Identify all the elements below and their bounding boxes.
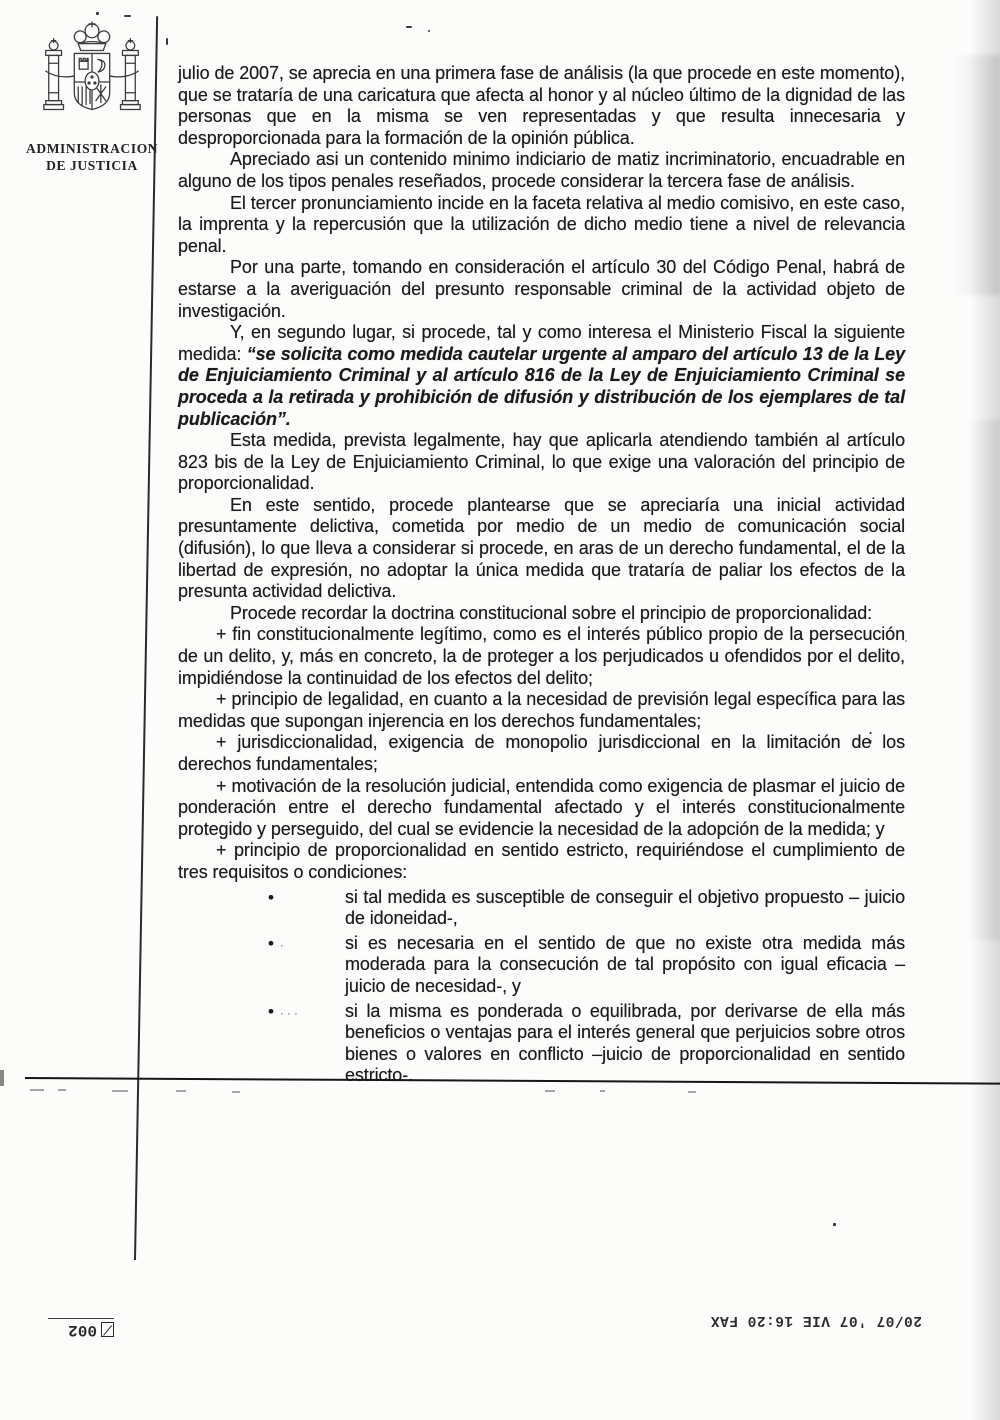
scan-dash: [688, 1091, 696, 1093]
scan-speck: [166, 38, 168, 45]
condition-text: si tal medida es susceptible de consegui…: [345, 887, 905, 930]
scan-dash: [30, 1089, 44, 1091]
condition-text: si es necesaria en el sentido de que no …: [345, 933, 905, 998]
fax-page-number: 002: [68, 1321, 97, 1339]
paragraph: Por una parte, tomando en consideración …: [178, 257, 905, 322]
paragraph: Apreciado asi un contenido minimo indici…: [178, 149, 905, 192]
bullet-marker: •···: [268, 1001, 345, 1087]
scan-speck: [124, 15, 131, 17]
scan-speck: [428, 30, 430, 32]
principle-item: + principio de proporcionalidad en senti…: [178, 840, 905, 883]
scan-dash: [58, 1089, 66, 1091]
scan-speck: [905, 640, 907, 642]
paragraph: Procede recordar la doctrina constitucio…: [178, 603, 905, 625]
condition-text: si la misma es ponderada o equilibrada, …: [345, 1001, 905, 1087]
fax-page-icon: [101, 1323, 114, 1338]
quoted-measure-text: “se solicita como medida cautelar urgent…: [178, 344, 905, 429]
principle-item: + principio de legalidad, en cuanto a la…: [178, 689, 905, 732]
letterhead: ADMINISTRACION DE JUSTICIA: [26, 20, 158, 174]
org-name-line1: ADMINISTRACION: [26, 141, 158, 156]
paragraph: julio de 2007, se aprecia en una primera…: [178, 63, 905, 149]
scan-smudge-mid-right: [966, 420, 1000, 940]
paragraph: En este sentido, procede plantearse que …: [178, 495, 905, 603]
scan-dash: [600, 1090, 605, 1092]
org-name-line2: DE JUSTICIA: [46, 158, 138, 173]
margin-rule-line: [134, 16, 158, 1260]
fax-datetime-stamp: 20/07 '07 VIE 16:20 FAX: [704, 1308, 922, 1328]
principle-item: + jurisdiccionalidad, exigencia de monop…: [178, 732, 905, 775]
principle-item: + fin constitucionalmente legítimo, como…: [178, 624, 905, 689]
scan-edge-tick: [0, 1070, 4, 1086]
paragraph: El tercer pronunciamiento incide en la f…: [178, 193, 905, 258]
scan-artifact-semicolon: ;: [868, 726, 873, 747]
scan-speck: [833, 1223, 836, 1226]
scan-dash: [545, 1090, 555, 1092]
scan-smudge-top-right: [952, 55, 1000, 295]
spain-coat-of-arms-icon: [33, 20, 151, 140]
paragraph: Esta medida, prevista legalmente, hay qu…: [178, 430, 905, 495]
scan-dash: [112, 1090, 128, 1092]
fax-page-number-stamp: 002: [48, 1318, 114, 1341]
scan-dash: [176, 1090, 186, 1092]
scan-speck: [406, 26, 412, 28]
condition-item: •··· si la misma es ponderada o equilibr…: [268, 1001, 905, 1087]
scanned-fax-page: ADMINISTRACION DE JUSTICIA julio de 2007…: [0, 0, 1000, 1420]
scan-speck: [96, 12, 99, 15]
document-body: julio de 2007, se aprecia en una primera…: [178, 63, 905, 1090]
principle-item: + motivación de la resolución judicial, …: [178, 776, 905, 841]
bullet-marker: •·: [268, 933, 345, 998]
scan-dash: [232, 1091, 240, 1093]
bullet-marker: •: [268, 887, 345, 930]
condition-item: •· si es necesaria en el sentido de que …: [268, 933, 905, 998]
condition-item: • si tal medida es susceptible de conseg…: [268, 887, 905, 930]
paragraph-with-quote: Y, en segundo lugar, si procede, tal y c…: [178, 322, 905, 430]
